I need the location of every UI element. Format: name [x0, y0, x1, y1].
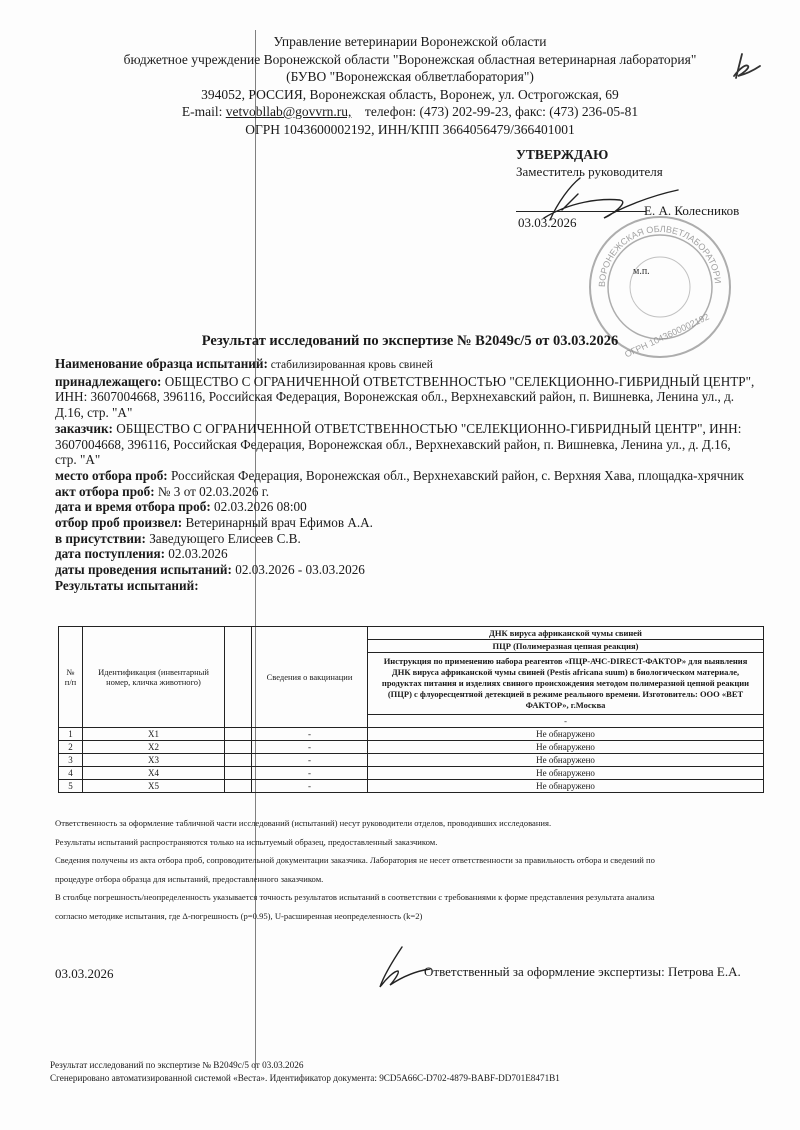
note-responsibility: Ответственность за оформление табличной …	[55, 814, 770, 833]
field-received-date: дата поступления: 02.03.2026	[55, 546, 755, 562]
approval-title: УТВЕРЖДАЮ	[516, 146, 663, 163]
phone-fax: телефон: (473) 202-99-23, факс: (473) 23…	[365, 104, 638, 119]
field-sampling-datetime: дата и время отбора проб: 02.03.2026 08:…	[55, 499, 755, 515]
header-method: ПЦР (Полимеразная цепная реакция)	[368, 640, 764, 653]
table-row: 4 X4 - Не обнаружено	[59, 767, 764, 780]
generation-info: Результат исследований по экспертизе № В…	[50, 1059, 560, 1085]
note-uncertainty-cont: согласно методике испытания, где Δ-погре…	[55, 907, 770, 926]
gen-system-identifier: Сгенерировано автоматизированной системо…	[50, 1072, 560, 1085]
header-contacts: E-mail: vetvobllab@govvrn.ru, телефон: (…	[100, 103, 720, 121]
responsible-person: Ответственный за оформление экспертизы: …	[424, 964, 741, 980]
gen-doc-reference: Результат исследований по экспертизе № В…	[50, 1059, 560, 1072]
header-institution: бюджетное учреждение Воронежской области…	[100, 51, 720, 69]
header-normative-doc: Инструкция по применению набора реагенто…	[368, 653, 764, 715]
header-empty	[225, 627, 252, 728]
lab-header: Управление ветеринарии Воронежской облас…	[100, 33, 720, 138]
field-sampling-place: место отбора проб: Российская Федерация,…	[55, 468, 755, 484]
header-identification: Идентификация (инвентарный номер, кличка…	[83, 627, 225, 728]
results-table: № п/п Идентификация (инвентарный номер, …	[58, 626, 764, 793]
header-short-name: (БУВО "Воронежская облветлаборатория")	[100, 68, 720, 86]
header-indicator: ДНК вируса африканской чумы свиней	[368, 627, 764, 640]
handwritten-initial-icon	[728, 52, 764, 82]
field-witness: в присутствии: Заведующего Елисеев С.В.	[55, 531, 755, 547]
email-label: E-mail:	[182, 104, 223, 119]
field-results-heading: Результаты испытаний:	[55, 578, 755, 594]
header-registration: ОГРН 1043600002192, ИНН/КПП 3664056479/3…	[100, 121, 720, 139]
note-uncertainty: В столбце погрешность/неопределенность у…	[55, 888, 770, 907]
header-vaccination: Сведения о вакцинации	[252, 627, 368, 728]
header-number: № п/п	[59, 627, 83, 728]
document-title: Результат исследований по экспертизе № В…	[0, 333, 800, 350]
responsible-signature-icon	[372, 945, 432, 990]
note-scope: Результаты испытаний распространяются то…	[55, 833, 770, 852]
field-test-dates: даты проведения испытаний: 02.03.2026 - …	[55, 562, 755, 578]
field-sampling-act: акт отбора проб: № 3 от 02.03.2026 г.	[55, 484, 755, 500]
field-sample-name: Наименование образца испытаний: стабилиз…	[55, 356, 755, 374]
header-norm: -	[368, 715, 764, 728]
disclaimer-notes: Ответственность за оформление табличной …	[55, 814, 770, 925]
header-department: Управление ветеринарии Воронежской облас…	[100, 33, 720, 51]
table-row: 1 X1 - Не обнаружено	[59, 728, 764, 741]
header-address: 394052, РОССИЯ, Воронежская область, Вор…	[100, 86, 720, 104]
table-row: 5 X5 - Не обнаружено	[59, 780, 764, 793]
email-link[interactable]: vetvobllab@govvrn.ru,	[226, 104, 352, 119]
document-page: Управление ветеринарии Воронежской облас…	[0, 0, 800, 1130]
field-owner: принадлежащего: ОБЩЕСТВО С ОГРАНИЧЕННОЙ …	[55, 374, 755, 421]
sample-details: Наименование образца испытаний: стабилиз…	[55, 356, 755, 594]
svg-text:ВОРОНЕЖСКАЯ ОБЛВЕТЛАБОРАТОРИЯ: ВОРОНЕЖСКАЯ ОБЛВЕТЛАБОРАТОРИЯ	[585, 212, 723, 287]
field-sampled-by: отбор проб произвел: Ветеринарный врач Е…	[55, 515, 755, 531]
table-row: 2 X2 - Не обнаружено	[59, 741, 764, 754]
svg-text:м.п.: м.п.	[633, 266, 650, 277]
footer-date: 03.03.2026	[55, 966, 114, 982]
note-source-cont: процедуре отбора образца для испытаний, …	[55, 870, 770, 889]
table-header-row-1: № п/п Идентификация (инвентарный номер, …	[59, 627, 764, 640]
field-customer: заказчик: ОБЩЕСТВО С ОГРАНИЧЕННОЙ ОТВЕТС…	[55, 421, 755, 468]
table-row: 3 X3 - Не обнаружено	[59, 754, 764, 767]
note-source: Сведения получены из акта отбора проб, с…	[55, 851, 770, 870]
